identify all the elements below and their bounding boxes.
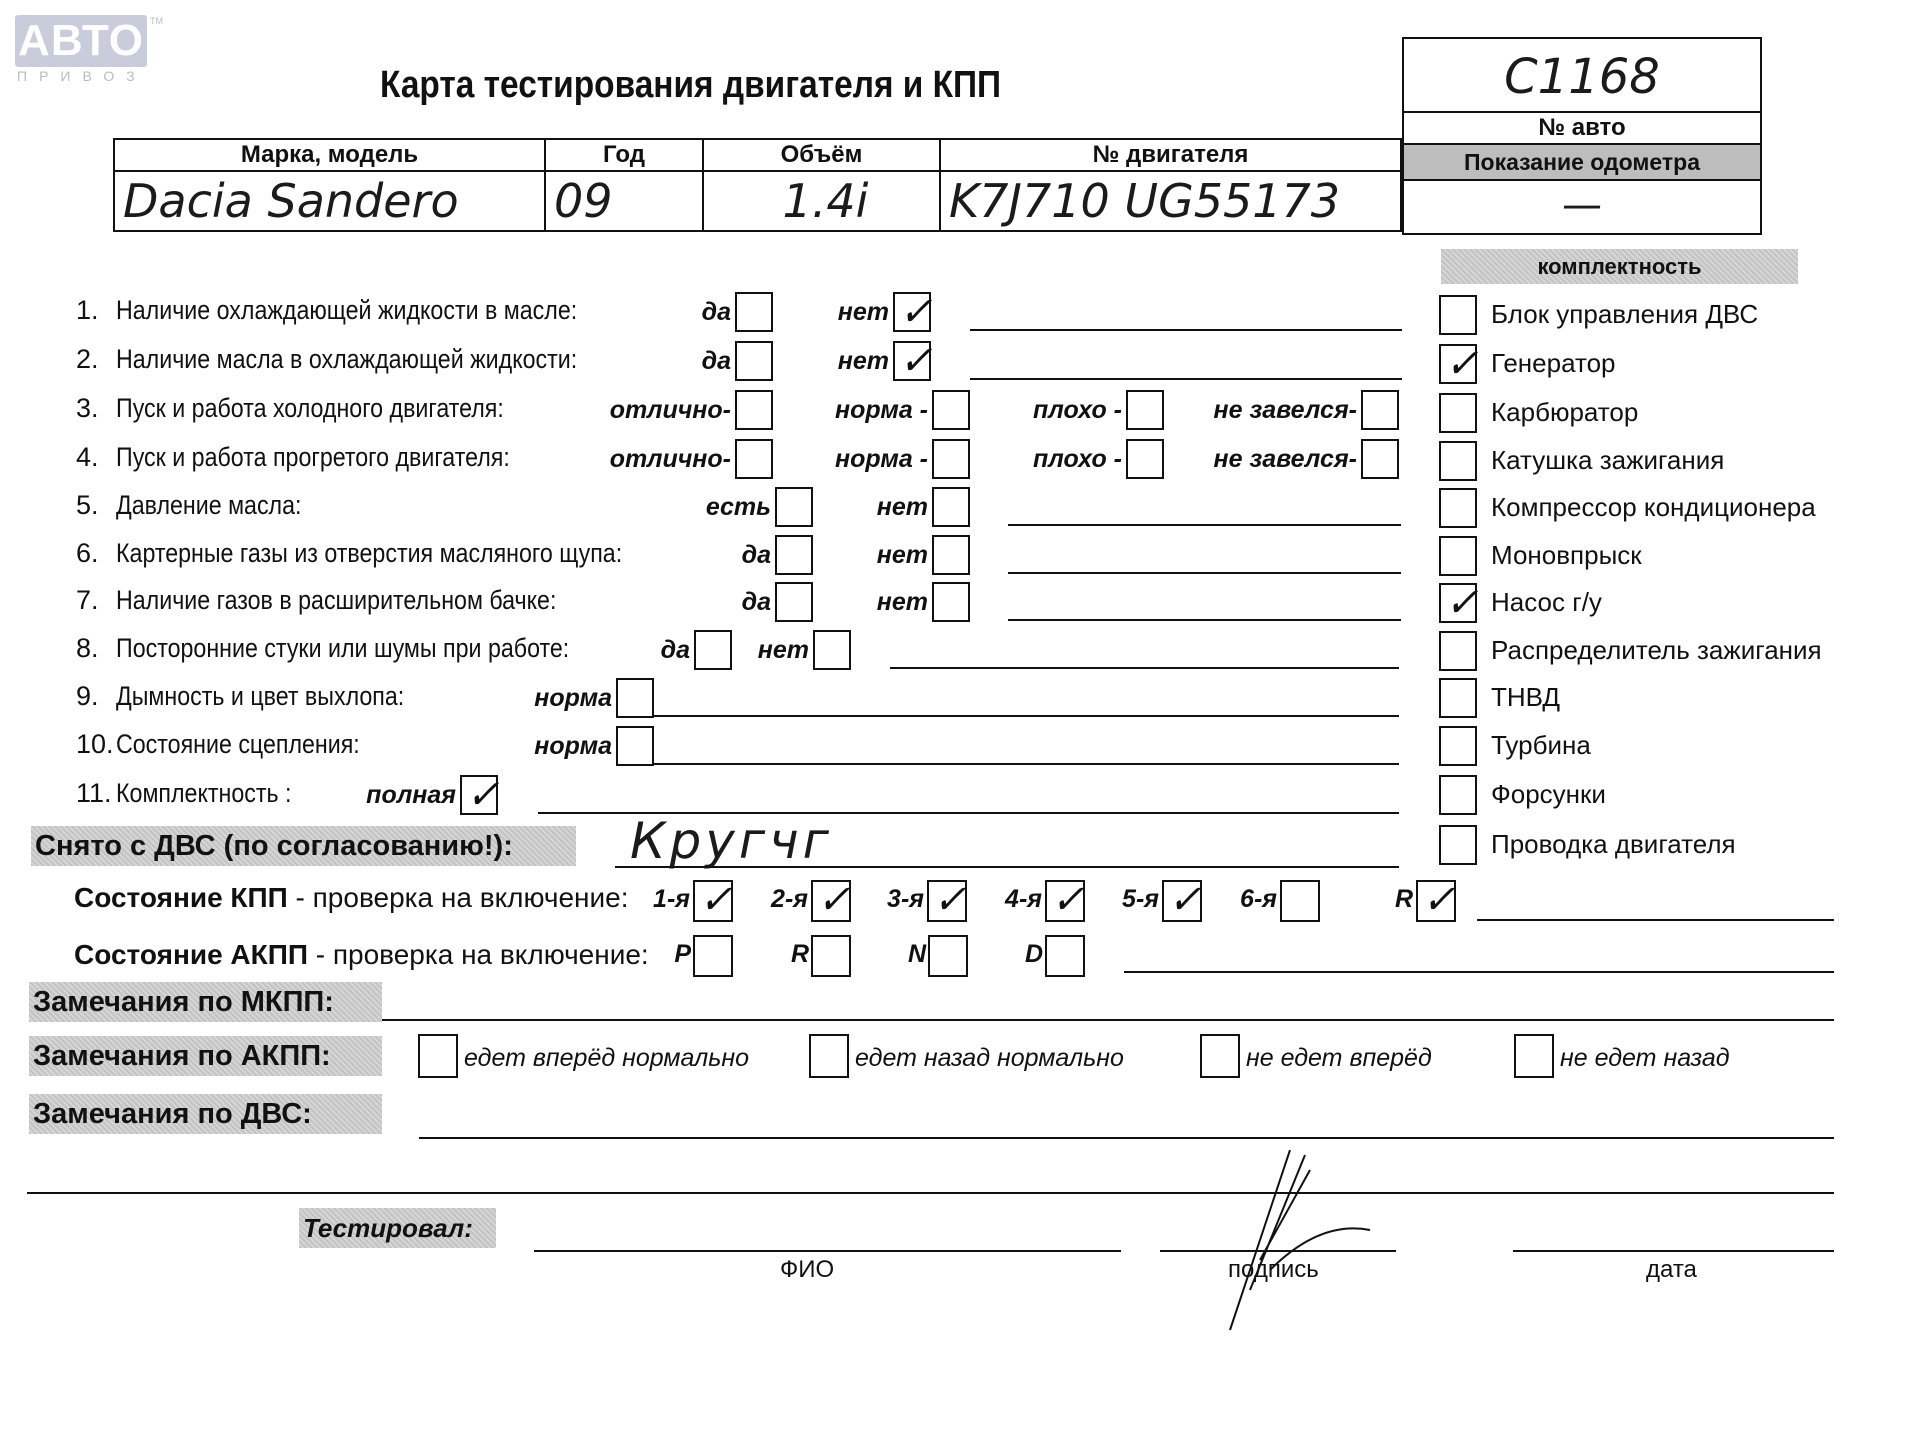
check-row: 11.Комплектность : bbox=[76, 778, 320, 809]
check-option-box[interactable] bbox=[1126, 439, 1164, 479]
tested-by-label: Тестировал: bbox=[299, 1208, 496, 1248]
check-option-label: плохо - bbox=[1033, 445, 1122, 474]
check-option-label: нет bbox=[758, 636, 809, 665]
check-option-label: не завелся- bbox=[1214, 396, 1357, 425]
gear-checkbox[interactable]: ✓ bbox=[693, 880, 733, 922]
manual-gearbox-label-bold: Состояние КПП bbox=[74, 882, 288, 913]
odometer-value[interactable]: — bbox=[1404, 181, 1760, 233]
header-make-model: Марка, модель bbox=[114, 139, 545, 171]
gear-label: 6-я bbox=[1240, 885, 1277, 914]
check-row: 3.Пуск и работа холодного двигателя: bbox=[76, 393, 567, 424]
check-notes-line[interactable] bbox=[970, 329, 1402, 331]
check-option-box[interactable] bbox=[735, 390, 773, 430]
check-option-label: нет bbox=[838, 298, 889, 327]
check-option-label: да bbox=[742, 541, 771, 570]
check-label: Давление масла: bbox=[116, 490, 301, 521]
check-option-label: плохо - bbox=[1033, 396, 1122, 425]
check-mark-icon: ✓ bbox=[1051, 882, 1085, 918]
position-checkbox[interactable] bbox=[811, 935, 851, 977]
check-mark-icon: ✓ bbox=[699, 882, 733, 918]
check-number: 4. bbox=[76, 442, 116, 473]
check-row: 9.Дымность и цвет выхлопа: bbox=[76, 681, 451, 712]
completeness-item-label: Распределитель зажигания bbox=[1491, 635, 1822, 666]
check-number: 1. bbox=[76, 295, 116, 326]
gear-checkbox[interactable]: ✓ bbox=[1045, 880, 1085, 922]
check-option-box[interactable] bbox=[775, 487, 813, 527]
position-label: R bbox=[791, 940, 809, 969]
value-year[interactable]: 09 bbox=[545, 171, 703, 231]
logo-trademark: TM bbox=[150, 16, 163, 26]
check-mark-icon: ✓ bbox=[899, 343, 933, 379]
manual-gearbox-label: Состояние КПП - проверка на включение: bbox=[74, 882, 628, 914]
check-number: 9. bbox=[76, 681, 116, 712]
manual-gearbox-label-rest: - проверка на включение: bbox=[288, 882, 629, 913]
check-row: 1.Наличие охлаждающей жидкости в масле: bbox=[76, 295, 652, 326]
header-volume: Объём bbox=[703, 139, 940, 171]
check-number: 5. bbox=[76, 490, 116, 521]
value-volume[interactable]: 1.4i bbox=[703, 171, 940, 231]
completeness-item-label: Насос г/у bbox=[1491, 587, 1602, 618]
header-year: Год bbox=[545, 139, 703, 171]
check-label: Наличие охлаждающей жидкости в масле: bbox=[116, 295, 577, 326]
position-checkbox[interactable] bbox=[1045, 935, 1085, 977]
auto-gearbox-label-bold: Состояние АКПП bbox=[74, 939, 308, 970]
akpp-remark-checkbox[interactable] bbox=[809, 1034, 849, 1078]
check-row: 5.Давление масла: bbox=[76, 490, 332, 521]
check-number: 3. bbox=[76, 393, 116, 424]
odometer-label: Показание одометра bbox=[1404, 145, 1760, 181]
check-number: 10. bbox=[76, 729, 116, 760]
completeness-item-label: Моновпрыск bbox=[1491, 540, 1642, 571]
check-label: Наличие газов в расширительном бачке: bbox=[116, 585, 556, 616]
car-number-box: C1168 № авто Показание одометра — bbox=[1402, 37, 1762, 235]
check-option-box[interactable]: ✓ bbox=[460, 775, 498, 815]
check-row: 8.Посторонние стуки или шумы при работе: bbox=[76, 633, 643, 664]
check-option-box[interactable] bbox=[1361, 439, 1399, 479]
check-option-label: полная bbox=[366, 781, 456, 810]
completeness-item-label: ТНВД bbox=[1491, 682, 1560, 713]
completeness-checkbox[interactable] bbox=[1439, 488, 1477, 528]
completeness-header: комплектность bbox=[1441, 249, 1798, 284]
fio-label: ФИО bbox=[780, 1256, 834, 1284]
removed-line bbox=[615, 866, 1399, 868]
check-row: 2.Наличие масла в охлаждающей жидкости: bbox=[76, 344, 652, 375]
check-option-box[interactable] bbox=[932, 487, 970, 527]
check-option-box[interactable] bbox=[813, 630, 851, 670]
check-mark-icon: ✓ bbox=[1445, 346, 1479, 382]
check-notes-line[interactable] bbox=[1008, 524, 1401, 526]
check-option-box[interactable] bbox=[694, 630, 732, 670]
check-option-box[interactable] bbox=[932, 439, 970, 479]
check-option-box[interactable] bbox=[1361, 390, 1399, 430]
check-option-label: нет bbox=[877, 541, 928, 570]
position-label: D bbox=[1025, 940, 1043, 969]
akpp-remark-checkbox[interactable] bbox=[1200, 1034, 1240, 1078]
check-option-box[interactable] bbox=[616, 726, 654, 766]
akpp-remark-label: едет вперёд нормально bbox=[464, 1044, 749, 1073]
gear-label: 1-я bbox=[653, 885, 690, 914]
check-mark-icon: ✓ bbox=[933, 882, 967, 918]
date-label: дата bbox=[1646, 1256, 1697, 1284]
check-option-box[interactable]: ✓ bbox=[893, 341, 931, 381]
akpp-remark-label: не едет назад bbox=[1560, 1044, 1730, 1073]
check-label: Комплектность : bbox=[116, 778, 291, 809]
check-notes-line[interactable] bbox=[1008, 572, 1401, 574]
check-number: 11. bbox=[76, 778, 116, 809]
gear-label: R bbox=[1395, 885, 1413, 914]
check-option-box[interactable] bbox=[932, 582, 970, 622]
completeness-item-label: Блок управления ДВС bbox=[1491, 299, 1758, 330]
akpp-remark-label: едет назад нормально bbox=[855, 1044, 1124, 1073]
check-mark-icon: ✓ bbox=[1168, 882, 1202, 918]
check-option-label: не завелся- bbox=[1214, 445, 1357, 474]
check-number: 8. bbox=[76, 633, 116, 664]
check-option-label: да bbox=[742, 588, 771, 617]
akpp-remark-checkbox[interactable] bbox=[1514, 1034, 1554, 1078]
check-option-box[interactable] bbox=[932, 390, 970, 430]
check-option-label: да bbox=[702, 347, 731, 376]
check-option-box[interactable]: ✓ bbox=[893, 292, 931, 332]
check-option-box[interactable] bbox=[775, 535, 813, 575]
completeness-checkbox[interactable] bbox=[1439, 295, 1477, 335]
completeness-checkbox[interactable] bbox=[1439, 393, 1477, 433]
completeness-item-label: Катушка зажигания bbox=[1491, 445, 1724, 476]
completeness-item-label: Карбюратор bbox=[1491, 397, 1638, 428]
check-option-label: норма - bbox=[835, 445, 928, 474]
completeness-item-label: Проводка двигателя bbox=[1491, 829, 1736, 860]
gear-label: 2-я bbox=[771, 885, 808, 914]
check-option-label: да bbox=[661, 636, 690, 665]
check-mark-icon: ✓ bbox=[1445, 585, 1479, 621]
gear-checkbox[interactable]: ✓ bbox=[1416, 880, 1456, 922]
car-number-value[interactable]: C1168 bbox=[1404, 39, 1760, 113]
check-number: 7. bbox=[76, 585, 116, 616]
check-option-box[interactable] bbox=[616, 678, 654, 718]
position-label: N bbox=[908, 940, 926, 969]
car-number-label: № авто bbox=[1404, 113, 1760, 145]
position-checkbox[interactable] bbox=[928, 935, 968, 977]
check-option-label: нет bbox=[877, 493, 928, 522]
removed-value[interactable]: Кругчг bbox=[630, 812, 833, 870]
value-engine-number[interactable]: K7J710 UG55173 bbox=[940, 171, 1401, 231]
completeness-checkbox[interactable]: ✓ bbox=[1439, 583, 1477, 623]
auto-gearbox-line bbox=[1124, 971, 1834, 973]
check-option-box[interactable] bbox=[775, 582, 813, 622]
check-number: 2. bbox=[76, 344, 116, 375]
gear-label: 3-я bbox=[887, 885, 924, 914]
completeness-checkbox[interactable]: ✓ bbox=[1439, 344, 1477, 384]
check-row: 7.Наличие газов в расширительном бачке: bbox=[76, 585, 628, 616]
check-notes-line[interactable] bbox=[654, 715, 1399, 717]
position-checkbox[interactable] bbox=[693, 935, 733, 977]
gear-label: 5-я bbox=[1122, 885, 1159, 914]
logo-subtitle: ПРИВОЗ bbox=[17, 68, 147, 84]
auto-gearbox-label: Состояние АКПП - проверка на включение: bbox=[74, 939, 649, 971]
vehicle-info-table: Марка, модель Год Объём № двигателя Daci… bbox=[113, 138, 1402, 232]
check-label: Дымность и цвет выхлопа: bbox=[116, 681, 404, 712]
check-option-box[interactable] bbox=[735, 439, 773, 479]
check-label: Пуск и работа прогретого двигателя: bbox=[116, 442, 510, 473]
gear-checkbox[interactable] bbox=[1280, 880, 1320, 922]
completeness-checkbox[interactable] bbox=[1439, 536, 1477, 576]
check-option-label: да bbox=[702, 298, 731, 327]
completeness-checkbox[interactable] bbox=[1439, 678, 1477, 718]
check-option-label: есть bbox=[706, 493, 771, 522]
gear-checkbox[interactable]: ✓ bbox=[1162, 880, 1202, 922]
gear-label: 4-я bbox=[1005, 885, 1042, 914]
check-label: Пуск и работа холодного двигателя: bbox=[116, 393, 504, 424]
completeness-item-label: Форсунки bbox=[1491, 779, 1606, 810]
check-notes-line[interactable] bbox=[970, 378, 1402, 380]
check-row: 4.Пуск и работа прогретого двигателя: bbox=[76, 442, 574, 473]
check-label: Состояние сцепления: bbox=[116, 729, 360, 760]
check-label: Наличие масла в охлаждающей жидкости: bbox=[116, 344, 577, 375]
value-make-model[interactable]: Dacia Sandero bbox=[114, 171, 545, 231]
completeness-checkbox[interactable] bbox=[1439, 441, 1477, 481]
gear-checkbox[interactable]: ✓ bbox=[927, 880, 967, 922]
check-option-box[interactable] bbox=[1126, 390, 1164, 430]
check-option-box[interactable] bbox=[735, 292, 773, 332]
check-label: Картерные газы из отверстия масляного щу… bbox=[116, 538, 622, 569]
completeness-item-label: Компрессор кондиционера bbox=[1491, 492, 1816, 523]
check-mark-icon: ✓ bbox=[1422, 882, 1456, 918]
auto-gearbox-label-rest: - проверка на включение: bbox=[308, 939, 649, 970]
completeness-checkbox[interactable] bbox=[1439, 726, 1477, 766]
completeness-item-label: Турбина bbox=[1491, 730, 1591, 761]
check-option-box[interactable] bbox=[932, 535, 970, 575]
akpp-remark-checkbox[interactable] bbox=[418, 1034, 458, 1078]
check-option-label: норма - bbox=[835, 396, 928, 425]
completeness-checkbox[interactable] bbox=[1439, 631, 1477, 671]
check-mark-icon: ✓ bbox=[466, 777, 500, 813]
check-option-box[interactable] bbox=[735, 341, 773, 381]
signature-scribble bbox=[1210, 1150, 1390, 1340]
removed-label: Снято с ДВС (по согласованию!): bbox=[31, 826, 576, 866]
check-option-label: нет bbox=[838, 347, 889, 376]
check-option-label: отлично- bbox=[610, 396, 731, 425]
manual-gearbox-line bbox=[1477, 919, 1834, 921]
fio-line[interactable] bbox=[534, 1250, 1121, 1252]
header-engine-number: № двигателя bbox=[940, 139, 1401, 171]
check-label: Посторонние стуки или шумы при работе: bbox=[116, 633, 569, 664]
check-option-label: отлично- bbox=[610, 445, 731, 474]
akpp-remarks-label: Замечания по АКПП: bbox=[29, 1036, 382, 1076]
check-mark-icon: ✓ bbox=[899, 294, 933, 330]
check-number: 6. bbox=[76, 538, 116, 569]
separator-line bbox=[27, 1192, 1834, 1194]
date-line[interactable] bbox=[1513, 1250, 1834, 1252]
check-option-label: нет bbox=[877, 588, 928, 617]
completeness-checkbox[interactable] bbox=[1439, 825, 1477, 865]
check-mark-icon: ✓ bbox=[817, 882, 851, 918]
gear-checkbox[interactable]: ✓ bbox=[811, 880, 851, 922]
check-row: 10.Состояние сцепления: bbox=[76, 729, 399, 760]
check-option-label: норма bbox=[534, 732, 612, 761]
check-notes-line[interactable] bbox=[890, 667, 1399, 669]
dvs-remarks-label: Замечания по ДВС: bbox=[29, 1094, 382, 1134]
completeness-checkbox[interactable] bbox=[1439, 775, 1477, 815]
dvs-remarks-line[interactable] bbox=[419, 1137, 1834, 1139]
completeness-item-label: Генератор bbox=[1491, 348, 1616, 379]
avtoprivoz-logo: АВТО bbox=[15, 15, 147, 67]
page-title: Карта тестирования двигателя и КПП bbox=[380, 64, 1001, 107]
check-option-label: норма bbox=[534, 684, 612, 713]
check-row: 6.Картерные газы из отверстия масляного … bbox=[76, 538, 705, 569]
akpp-remark-label: не едет вперёд bbox=[1246, 1044, 1432, 1073]
check-notes-line[interactable] bbox=[654, 763, 1399, 765]
position-label: P bbox=[674, 940, 691, 969]
check-notes-line[interactable] bbox=[1008, 619, 1401, 621]
mkpp-remarks-label: Замечания по МКПП: bbox=[29, 982, 382, 1022]
mkpp-remarks-line[interactable] bbox=[382, 1019, 1834, 1021]
